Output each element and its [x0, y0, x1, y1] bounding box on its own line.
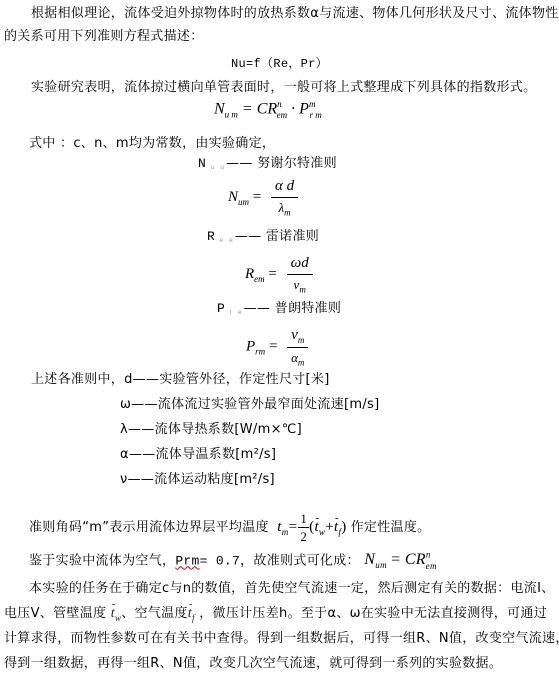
reynolds-label: R e e—— 雷诺准则	[207, 228, 319, 249]
definition-lambda: λ——流体导热系数[W/m×℃]	[120, 421, 302, 438]
equation-power-law: Nu m = CRnem · Pmr m	[214, 99, 322, 120]
definition-omega: ω——流体流过实验管外最窄面处流速[m/s]	[120, 396, 379, 413]
paragraph-task-line4: 得到一组数据，再得一组R、N值，改变几次空气流速，就可得到一系列的实验数据。	[4, 655, 502, 672]
definition-nu: ν——流体运动粘度[m²/s]	[120, 471, 275, 488]
definition-d: 上述各准则中，d——实验管外径，作定性尺寸[米]	[31, 371, 330, 388]
prm-spellcheck-word: Prm	[175, 553, 199, 568]
paragraph-mean-temperature: 准则角码“m”表示用流体边界层平均温度 tm=12(tw+tf) 作定性温度。	[29, 510, 430, 545]
mean-temperature-formula: tm=12(tw+tf)	[277, 519, 350, 535]
definition-alpha: α——流体导温系数[m²/s]	[120, 446, 276, 463]
simplified-formula: Num = CRnem	[364, 551, 437, 568]
paragraph-intro-line2: 的关系可用下列准则方程式描述：	[4, 28, 204, 45]
equation-general: Nu=f（Re，Pr）	[0, 56, 559, 73]
paragraph-task-line3: 计算求得，而物性参数可在有关书中查得。得到一组数据后，可得一组R、N值，改变空气…	[4, 630, 559, 647]
paragraph-experiment: 实验研究表明，流体掠过横向单管表面时，一般可将上式整理成下列具体的指数形式。	[31, 79, 536, 96]
paragraph-constants: 式中 ：c、n、m均为常数，由实验确定，	[29, 135, 275, 152]
prandtl-formula: Prm = νmαm	[246, 327, 308, 368]
paragraph-intro-line1: 根据相似理论，流体受迫外掠物体时的放热系数α与流速、物体几何形状及尺寸、流体物性…	[31, 5, 559, 22]
reynolds-formula: Rem = ωdνm	[245, 255, 313, 295]
paragraph-air: 鉴于实验中流体为空气，Prm= 0.7，故准则式可化成： Num = CRnem	[29, 547, 437, 575]
paragraph-task-line2: 电压V、管壁温度 tw、空气温度tf ，微压计压差h。至于α、ω在实验中无法直接…	[4, 605, 547, 627]
paragraph-task-line1: 本实验的任务在于确定c与n的数值，首先使空气流速一定，然后测定有关的数据：电流I…	[29, 580, 555, 597]
prandtl-label: P r e—— 普朗特准则	[217, 300, 341, 321]
nusselt-label: N u u—— 努谢尔特准则	[198, 155, 337, 176]
nusselt-formula: Num = α dλm	[228, 178, 298, 218]
